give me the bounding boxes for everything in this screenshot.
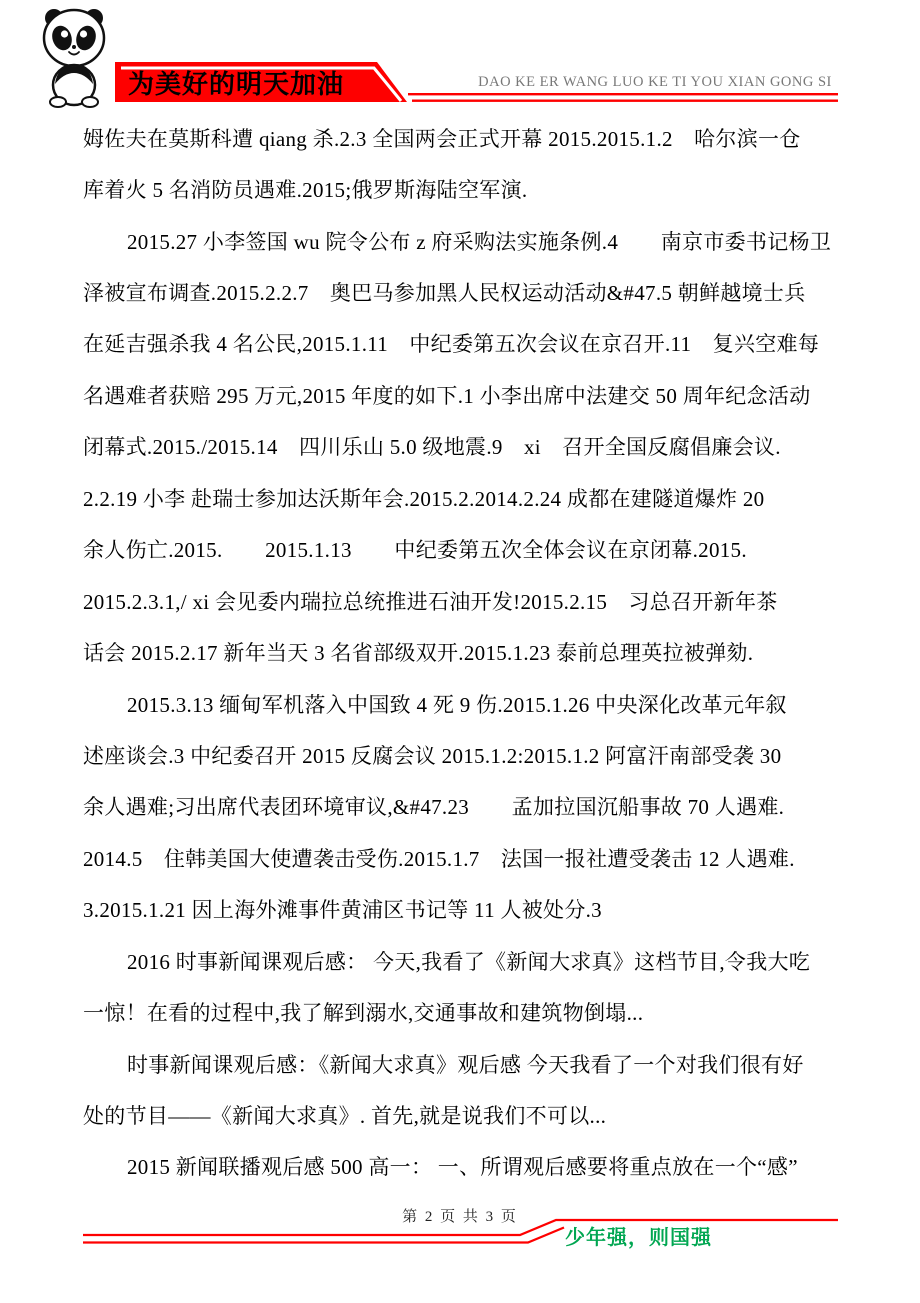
body-text-line: 泽被宣布调查.2015.2.2.7 奥巴马参加黑人民权运动活动&#47.5 朝鲜… xyxy=(83,266,843,317)
header-ribbon-decoration xyxy=(0,0,920,130)
body-text-line: 2015 新闻联播观后感 500 高一： 一、所谓观后感要将重点放在一个“感” xyxy=(83,1141,843,1192)
body-text-line: 名遇难者获赔 295 万元,2015 年度的如下.1 小李出席中法建交 50 周… xyxy=(83,369,843,420)
body-text-line: 述座谈会.3 中纪委召开 2015 反腐会议 2015.1.2:2015.1.2… xyxy=(83,729,843,780)
panda-logo-icon xyxy=(36,2,112,108)
body-text-line: 余人遇难;习出席代表团环境审议,&#47.23 孟加拉国沉船事故 70 人遇难. xyxy=(83,781,843,832)
header-slogan: 为美好的明天加油 xyxy=(128,66,388,102)
body-text-line: 话会 2015.2.17 新年当天 3 名省部级双开.2015.1.23 泰前总… xyxy=(83,626,843,677)
body-text-line: 2015.3.13 缅甸军机落入中国致 4 死 9 伤.2015.1.26 中央… xyxy=(83,678,843,729)
body-text-line: 2016 时事新闻课观后感： 今天,我看了《新闻大求真》这档节目,令我大吃 xyxy=(83,935,843,986)
body-text-line: 2.2.19 小李 赴瑞士参加达沃斯年会.2015.2.2014.2.24 成都… xyxy=(83,472,843,523)
body-text-line: 库着火 5 名消防员遇难.2015;俄罗斯海陆空军演. xyxy=(83,163,843,214)
body-text-line: 处的节目——《新闻大求真》. 首先,就是说我们不可以... xyxy=(83,1089,843,1140)
body-text-line: 2015.2.3.1,/ xi 会见委内瑞拉总统推进石油开发!2015.2.15… xyxy=(83,575,843,626)
body-text-line: 闭幕式.2015./2015.14 四川乐山 5.0 级地震.9 xi 召开全国… xyxy=(83,421,843,472)
document-page: 为美好的明天加油 DAO KE ER WANG LUO KE TI YOU XI… xyxy=(0,0,920,1303)
body-text-line: 在延吉强杀我 4 名公民,2015.1.11 中纪委第五次会议在京召开.11 复… xyxy=(83,318,843,369)
body-text-line: 3.2015.1.21 因上海外滩事件黄浦区书记等 11 人被处分.3 xyxy=(83,884,843,935)
body-text-line: 2014.5 住韩美国大使遭袭击受伤.2015.1.7 法国一报社遭受袭击 12… xyxy=(83,832,843,883)
footer-slogan: 少年强，则国强 xyxy=(565,1226,845,1250)
body-text-line: 余人伤亡.2015. 2015.1.13 中纪委第五次全体会议在京闭幕.2015… xyxy=(83,524,843,575)
body-text-line: 时事新闻课观后感：《新闻大求真》观后感 今天我看了一个对我们很有好 xyxy=(83,1038,843,1089)
body-text-line: 一惊！在看的过程中,我了解到溺水,交通事故和建筑物倒塌... xyxy=(83,986,843,1037)
page-number: 第 2 页 共 3 页 xyxy=(0,1206,920,1228)
body-text-line: 2015.27 小李签国 wu 院令公布 z 府采购法实施条例.4 南京市委书记… xyxy=(83,215,843,266)
document-body: 姆佐夫在莫斯科遭 qiang 杀.2.3 全国两会正式开幕 2015.2015.… xyxy=(83,112,843,1192)
company-name-text: DAO KE ER WANG LUO KE TI YOU XIAN GONG S… xyxy=(470,72,840,92)
body-text-line: 姆佐夫在莫斯科遭 qiang 杀.2.3 全国两会正式开幕 2015.2015.… xyxy=(83,112,843,163)
